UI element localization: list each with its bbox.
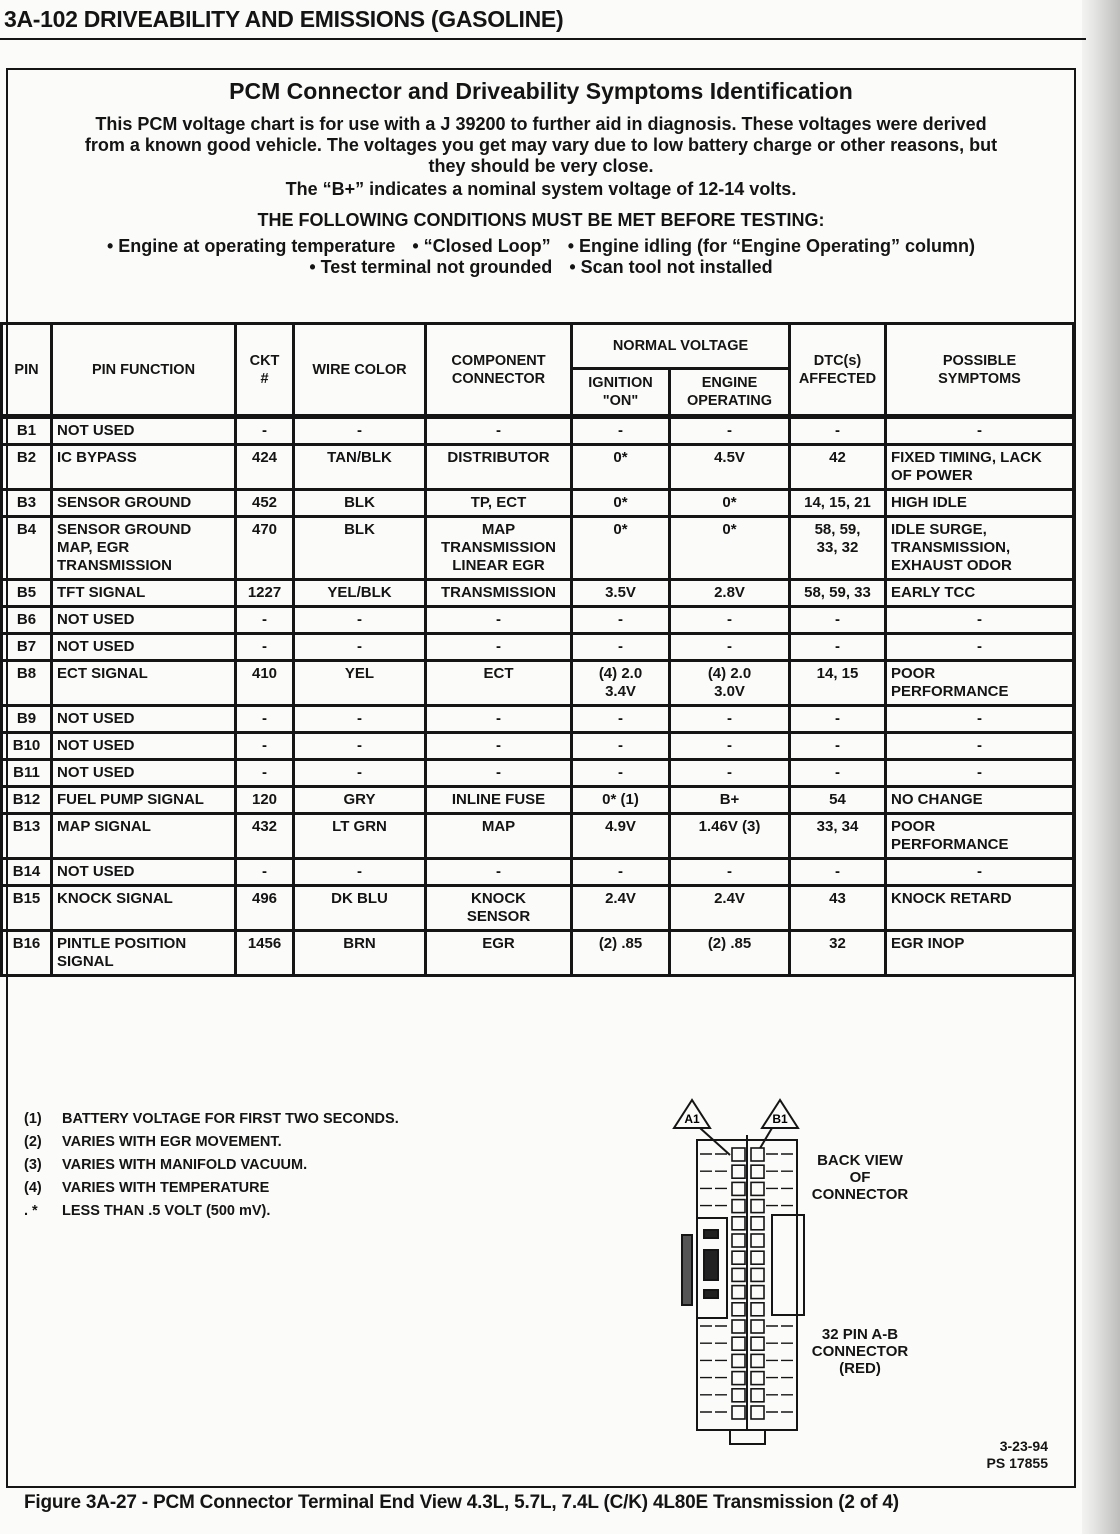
cell-line: 0* [577,521,664,539]
intro-paragraph-line: This PCM voltage chart is for use with a… [8,114,1074,135]
cell-line: PERFORMANCE [891,683,1068,701]
footnotes: (1)BATTERY VOLTAGE FOR FIRST TWO SECONDS… [24,1108,399,1223]
condition-item: • Engine at operating temperature [107,236,395,256]
dtc-affected-cell: - [790,607,886,634]
intro-title: PCM Connector and Driveability Symptoms … [8,78,1074,105]
cell-line: - [795,863,880,881]
possible-symptoms-cell: IDLE SURGE,TRANSMISSION,EXHAUST ODOR [886,517,1074,580]
wire-color-cell: GRY [294,787,426,814]
wire-color-cell: LT GRN [294,814,426,859]
component-connector-cell: - [426,859,572,886]
cell-line: KNOCK RETARD [891,890,1068,908]
possible-symptoms-cell: - [886,417,1074,445]
cell-line: 42 [795,449,880,467]
ignition-on-voltage-cell: (4) 2.03.4V [572,661,670,706]
cell-line: 3.4V [577,683,664,701]
header-dtc-affected: DTC(s) AFFECTED [790,324,886,417]
ckt-cell: - [236,417,294,445]
table-row: B7NOT USED------- [2,634,1074,661]
footnote-text: VARIES WITH MANIFOLD VACUUM. [62,1154,307,1177]
pin-table-body: B1NOT USED-------B2IC BYPASS424TAN/BLKDI… [2,417,1074,976]
cell-line: 1.46V (3) [675,818,784,836]
conditions-list: • Engine at operating temperature • “Clo… [8,236,1074,278]
ckt-cell: - [236,859,294,886]
cell-line: - [431,737,566,755]
pin-cell: B10 [2,733,52,760]
wire-color-cell: BLK [294,517,426,580]
condition-item: • Engine idling (for “Engine Operating” … [568,236,975,256]
pin-function-cell: NOT USED [52,760,236,787]
ignition-on-voltage-cell: 0* [572,445,670,490]
cell-line: - [891,710,1068,728]
wire-color-cell: - [294,417,426,445]
dtc-affected-cell: - [790,859,886,886]
cell-line: NO CHANGE [891,791,1068,809]
cell-line: 2.4V [577,890,664,908]
dtc-affected-cell: 54 [790,787,886,814]
ckt-cell: 496 [236,886,294,931]
engine-operating-voltage-cell: - [670,733,790,760]
pin-function-cell: SENSOR GROUNDMAP, EGRTRANSMISSION [52,517,236,580]
ignition-on-voltage-cell: (2) .85 [572,931,670,976]
page-edge-shadow [1082,0,1120,1534]
cell-line: (2) .85 [577,935,664,953]
cell-line: (4) 2.0 [577,665,664,683]
pin-cell: B4 [2,517,52,580]
pin-voltage-table: PIN PIN FUNCTION CKT # WIRE COLOR COMPON… [0,322,1075,977]
pin-cell: B7 [2,634,52,661]
pin-cell: B6 [2,607,52,634]
wire-color-cell: BRN [294,931,426,976]
cell-line: 0* (1) [577,791,664,809]
cell-line: 4.5V [675,449,784,467]
cell-line: NOT USED [57,764,230,782]
footnote: (3)VARIES WITH MANIFOLD VACUUM. [24,1154,399,1177]
wire-color-cell: - [294,760,426,787]
footnote-mark: (3) [24,1154,62,1177]
pin-cell: B2 [2,445,52,490]
component-connector-cell: INLINE FUSE [426,787,572,814]
cell-line: - [675,611,784,629]
cell-line: IDLE SURGE, [891,521,1068,539]
table-row: B9NOT USED------- [2,706,1074,733]
footnote-text: VARIES WITH EGR MOVEMENT. [62,1131,282,1154]
table-row: B6NOT USED------- [2,607,1074,634]
engine-operating-voltage-cell: (2) .85 [670,931,790,976]
cell-line: NOT USED [57,422,230,440]
ignition-on-voltage-cell: 0* (1) [572,787,670,814]
label-line: (RED) [800,1360,920,1377]
ckt-cell: 120 [236,787,294,814]
header-ignition-on: IGNITION "ON" [572,369,670,417]
component-connector-cell: - [426,607,572,634]
pin-cell: B3 [2,490,52,517]
cell-line: POOR [891,818,1068,836]
label-line: BACK VIEW [800,1152,920,1169]
ignition-on-voltage-cell: 2.4V [572,886,670,931]
wire-color-cell: YEL [294,661,426,706]
footnote-text: LESS THAN .5 VOLT (500 mV). [62,1200,270,1223]
ignition-on-voltage-cell: - [572,733,670,760]
cell-line: 33, 32 [795,539,880,557]
pin-cell: B14 [2,859,52,886]
ignition-on-voltage-cell: - [572,706,670,733]
cell-line: 0* [577,494,664,512]
cell-line: - [795,710,880,728]
cell-line: 14, 15, 21 [795,494,880,512]
cell-line: - [675,737,784,755]
header-engine-operating: ENGINE OPERATING [670,369,790,417]
engine-operating-voltage-cell: 0* [670,517,790,580]
dtc-affected-cell: - [790,760,886,787]
cell-line: - [891,422,1068,440]
footnote-mark: (1) [24,1108,62,1131]
cell-line: MAP SIGNAL [57,818,230,836]
dtc-affected-cell: - [790,417,886,445]
cell-line: (2) .85 [675,935,784,953]
engine-operating-voltage-cell: - [670,859,790,886]
dtc-affected-cell: 14, 15, 21 [790,490,886,517]
pin-function-cell: NOT USED [52,634,236,661]
footnote: . *LESS THAN .5 VOLT (500 mV). [24,1200,399,1223]
dtc-affected-cell: 33, 34 [790,814,886,859]
pin-function-cell: IC BYPASS [52,445,236,490]
cell-line: - [891,764,1068,782]
table-row: B2IC BYPASS424TAN/BLKDISTRIBUTOR0*4.5V42… [2,445,1074,490]
table-row: B5TFT SIGNAL1227YEL/BLKTRANSMISSION3.5V2… [2,580,1074,607]
cell-line: EARLY TCC [891,584,1068,602]
ckt-cell: 1456 [236,931,294,976]
header-pin: PIN [2,324,52,417]
label-line: OF [800,1169,920,1186]
dtc-affected-cell: 14, 15 [790,661,886,706]
ckt-cell: 424 [236,445,294,490]
engine-operating-voltage-cell: - [670,607,790,634]
pin-function-cell: NOT USED [52,859,236,886]
header-possible-symptoms: POSSIBLE SYMPTOMS [886,324,1074,417]
pin-a1-label: A1 [684,1112,700,1126]
cell-line: - [431,611,566,629]
cell-line: - [431,764,566,782]
pin-function-cell: FUEL PUMP SIGNAL [52,787,236,814]
dtc-affected-cell: - [790,634,886,661]
ckt-cell: 470 [236,517,294,580]
cell-line: 43 [795,890,880,908]
dtc-affected-cell: 32 [790,931,886,976]
table-row: B3SENSOR GROUND452BLKTP, ECT0*0*14, 15, … [2,490,1074,517]
possible-symptoms-cell: NO CHANGE [886,787,1074,814]
cell-line: NOT USED [57,710,230,728]
cell-line: - [675,710,784,728]
component-connector-cell: MAP [426,814,572,859]
wire-color-cell: - [294,634,426,661]
possible-symptoms-cell: EGR INOP [886,931,1074,976]
footnote: (4)VARIES WITH TEMPERATURE [24,1177,399,1200]
cell-line: - [795,764,880,782]
wire-color-cell: BLK [294,490,426,517]
ignition-on-voltage-cell: 4.9V [572,814,670,859]
component-connector-cell: KNOCKSENSOR [426,886,572,931]
cell-line: 3.0V [675,683,784,701]
ignition-on-voltage-cell: 0* [572,517,670,580]
pin-function-cell: NOT USED [52,607,236,634]
footnote-text: BATTERY VOLTAGE FOR FIRST TWO SECONDS. [62,1108,399,1131]
component-connector-cell: - [426,706,572,733]
figure-caption: Figure 3A-27 - PCM Connector Terminal En… [24,1492,899,1514]
pin-cell: B16 [2,931,52,976]
cell-line: - [795,422,880,440]
ignition-on-voltage-cell: - [572,634,670,661]
cell-line: - [431,638,566,656]
engine-operating-voltage-cell: 1.46V (3) [670,814,790,859]
cell-line: FIXED TIMING, LACK [891,449,1068,467]
component-connector-cell: TP, ECT [426,490,572,517]
pin-cell: B9 [2,706,52,733]
possible-symptoms-cell: FIXED TIMING, LACKOF POWER [886,445,1074,490]
cell-line: LINEAR EGR [431,557,566,575]
ignition-on-voltage-cell: 3.5V [572,580,670,607]
cell-line: SENSOR GROUND [57,494,230,512]
component-connector-cell: - [426,634,572,661]
cell-line: 0* [675,494,784,512]
ignition-on-voltage-cell: - [572,417,670,445]
possible-symptoms-cell: - [886,607,1074,634]
cell-line: NOT USED [57,611,230,629]
cell-line: NOT USED [57,737,230,755]
engine-operating-voltage-cell: - [670,706,790,733]
header-normal-voltage: NORMAL VOLTAGE [572,324,790,369]
cell-line: - [675,764,784,782]
ignition-on-voltage-cell: - [572,607,670,634]
wire-color-cell: - [294,859,426,886]
connector-type-label: 32 PIN A-B CONNECTOR (RED) [800,1326,920,1377]
cell-line: - [795,638,880,656]
ignition-on-voltage-cell: - [572,859,670,886]
pin-function-cell: PINTLE POSITIONSIGNAL [52,931,236,976]
cell-line: NOT USED [57,638,230,656]
cell-line: PINTLE POSITION [57,935,230,953]
dtc-affected-cell: - [790,706,886,733]
table-row: B15KNOCK SIGNAL496DK BLUKNOCKSENSOR2.4V2… [2,886,1074,931]
dtc-affected-cell: - [790,733,886,760]
cell-line: TRANSMISSION, [891,539,1068,557]
cell-line: - [795,611,880,629]
footnote-text: VARIES WITH TEMPERATURE [62,1177,269,1200]
wire-color-cell: - [294,706,426,733]
possible-symptoms-cell: - [886,859,1074,886]
intro-paragraph-line: from a known good vehicle. The voltages … [8,135,1074,156]
pin-cell: B1 [2,417,52,445]
dtc-affected-cell: 58, 59,33, 32 [790,517,886,580]
cell-line: 58, 59, [795,521,880,539]
wire-color-cell: - [294,607,426,634]
footnote-mark: . * [24,1200,62,1223]
pin-cell: B12 [2,787,52,814]
table-row: B10NOT USED------- [2,733,1074,760]
cell-line: - [431,710,566,728]
engine-operating-voltage-cell: - [670,760,790,787]
cell-line: HIGH IDLE [891,494,1068,512]
table-row: B8ECT SIGNAL410YELECT(4) 2.03.4V(4) 2.03… [2,661,1074,706]
pin-cell: B5 [2,580,52,607]
engine-operating-voltage-cell: 0* [670,490,790,517]
component-connector-cell: TRANSMISSION [426,580,572,607]
cell-line: INLINE FUSE [431,791,566,809]
ckt-cell: - [236,634,294,661]
pin-cell: B11 [2,760,52,787]
cell-line: DISTRIBUTOR [431,449,566,467]
pin-b1-label: B1 [772,1112,788,1126]
ckt-cell: 452 [236,490,294,517]
component-connector-cell: EGR [426,931,572,976]
footnote-mark: (4) [24,1177,62,1200]
wire-color-cell: TAN/BLK [294,445,426,490]
cell-line: 0* [577,449,664,467]
pin-function-cell: TFT SIGNAL [52,580,236,607]
intro-paragraph-line: they should be very close. [8,156,1074,177]
connector-drawing: A1 B1 [660,1090,820,1450]
conditions-title: THE FOLLOWING CONDITIONS MUST BE MET BEF… [8,210,1074,231]
cell-line: 14, 15 [795,665,880,683]
cell-line: PERFORMANCE [891,836,1068,854]
pin-function-cell: NOT USED [52,706,236,733]
condition-item: • Test terminal not grounded [309,257,552,277]
table-row: B13MAP SIGNAL432LT GRNMAP4.9V1.46V (3)33… [2,814,1074,859]
cell-line: - [577,737,664,755]
component-connector-cell: - [426,733,572,760]
dtc-affected-cell: 43 [790,886,886,931]
pin-function-cell: KNOCK SIGNAL [52,886,236,931]
engine-operating-voltage-cell: 2.4V [670,886,790,931]
pin-function-cell: MAP SIGNAL [52,814,236,859]
label-line: CONNECTOR [800,1186,920,1203]
cell-line: KNOCK SIGNAL [57,890,230,908]
cell-line: MAP [431,521,566,539]
table-row: B14NOT USED------- [2,859,1074,886]
cell-line: - [577,638,664,656]
ckt-cell: - [236,706,294,733]
cell-line: EGR INOP [891,935,1068,953]
cell-line: - [577,422,664,440]
ignition-on-voltage-cell: 0* [572,490,670,517]
cell-line: ECT SIGNAL [57,665,230,683]
header-ckt: CKT # [236,324,294,417]
component-connector-cell: MAPTRANSMISSIONLINEAR EGR [426,517,572,580]
engine-operating-voltage-cell: - [670,634,790,661]
cell-line: MAP [431,818,566,836]
cell-line: 54 [795,791,880,809]
cell-line: - [795,737,880,755]
cell-line: - [891,737,1068,755]
pin-function-cell: SENSOR GROUND [52,490,236,517]
component-connector-cell: DISTRIBUTOR [426,445,572,490]
cell-line: B+ [675,791,784,809]
engine-operating-voltage-cell: 2.8V [670,580,790,607]
engine-operating-voltage-cell: B+ [670,787,790,814]
header-wire-color: WIRE COLOR [294,324,426,417]
cell-line: SIGNAL [57,953,230,971]
possible-symptoms-cell: KNOCK RETARD [886,886,1074,931]
cell-line: TFT SIGNAL [57,584,230,602]
cell-line: - [577,611,664,629]
cell-line: 2.4V [675,890,784,908]
label-line: CONNECTOR [800,1343,920,1360]
ckt-cell: - [236,607,294,634]
cell-line: SENSOR GROUND [57,521,230,539]
cell-line: TP, ECT [431,494,566,512]
ckt-cell: 410 [236,661,294,706]
table-row: B1NOT USED------- [2,417,1074,445]
possible-symptoms-cell: HIGH IDLE [886,490,1074,517]
pin-function-cell: NOT USED [52,733,236,760]
cell-line: ECT [431,665,566,683]
cell-line: TRANSMISSION [431,539,566,557]
pin-cell: B8 [2,661,52,706]
cell-line: - [675,863,784,881]
cell-line: EXHAUST ODOR [891,557,1068,575]
ckt-cell: 1227 [236,580,294,607]
cell-line: - [431,863,566,881]
dtc-affected-cell: 58, 59, 33 [790,580,886,607]
intro-paragraph: This PCM voltage chart is for use with a… [8,114,1074,177]
possible-symptoms-cell: POORPERFORMANCE [886,814,1074,859]
component-connector-cell: - [426,417,572,445]
ckt-cell: 432 [236,814,294,859]
connector-diagram: A1 B1 BACK VIEW OF CONNECTOR 32 PIN A-B … [660,1090,960,1450]
footnote: (2)VARIES WITH EGR MOVEMENT. [24,1131,399,1154]
label-line: 32 PIN A-B [800,1326,920,1343]
cell-line: IC BYPASS [57,449,230,467]
cell-line: - [577,764,664,782]
possible-symptoms-cell: - [886,634,1074,661]
cell-line: - [891,863,1068,881]
cell-line: MAP, EGR [57,539,230,557]
cell-line: SENSOR [431,908,566,926]
cell-line: - [891,611,1068,629]
page-header: 3A-102 DRIVEABILITY AND EMISSIONS (GASOL… [4,6,563,33]
cell-line: OF POWER [891,467,1068,485]
header-component-connector: COMPONENT CONNECTOR [426,324,572,417]
back-view-label: BACK VIEW OF CONNECTOR [800,1152,920,1203]
table-row: B4SENSOR GROUNDMAP, EGRTRANSMISSION470BL… [2,517,1074,580]
dtc-affected-cell: 42 [790,445,886,490]
pin-function-cell: ECT SIGNAL [52,661,236,706]
ckt-cell: - [236,733,294,760]
cell-line: EGR [431,935,566,953]
component-connector-cell: ECT [426,661,572,706]
revision-stamp: 3-23-94 PS 17855 [987,1438,1049,1472]
engine-operating-voltage-cell: - [670,417,790,445]
cell-line: (4) 2.0 [675,665,784,683]
cell-line: 32 [795,935,880,953]
cell-line: 33, 34 [795,818,880,836]
cell-line: 3.5V [577,584,664,602]
cell-line: NOT USED [57,863,230,881]
ignition-on-voltage-cell: - [572,760,670,787]
footnote-mark: (2) [24,1131,62,1154]
cell-line: - [577,710,664,728]
table-row: B11NOT USED------- [2,760,1074,787]
footnote: (1)BATTERY VOLTAGE FOR FIRST TWO SECONDS… [24,1108,399,1131]
possible-symptoms-cell: - [886,706,1074,733]
possible-symptoms-cell: - [886,760,1074,787]
cell-line: 58, 59, 33 [795,584,880,602]
condition-item: • “Closed Loop” [412,236,550,256]
cell-line: TRANSMISSION [431,584,566,602]
cell-line: - [431,422,566,440]
cell-line: - [675,422,784,440]
possible-symptoms-cell: - [886,733,1074,760]
